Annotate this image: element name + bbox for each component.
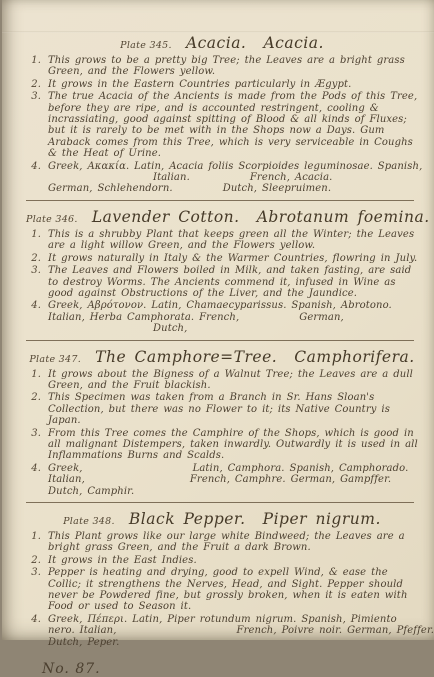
item-number: 3. <box>26 91 41 159</box>
language-line: Italian, Herba Camphorata. French,German… <box>48 312 418 323</box>
plate-label: Plate 345. <box>120 40 172 51</box>
item-number: 2. <box>26 253 41 264</box>
item-text: This grows to be a pretty big Tree; the … <box>48 55 418 78</box>
item-text: The Leaves and Flowers boiled in Milk, a… <box>48 265 418 299</box>
section-divider <box>26 200 414 201</box>
numbered-item: 1. This grows to be a pretty big Tree; t… <box>26 55 418 78</box>
language-line: Greek,Latin, Camphora. Spanish, Camphora… <box>48 463 418 474</box>
numbered-item: 1. This is a shrubby Plant that keeps gr… <box>26 229 418 252</box>
item-number: 3. <box>26 265 41 299</box>
numbered-item: 1. This Plant grows like our large white… <box>26 531 418 554</box>
section-title-latin: Abrotanum foemina. <box>257 208 430 226</box>
language-line: nero. Italian,French, Poivre noir. Germa… <box>48 625 434 636</box>
language-line: Dutch, <box>48 323 418 334</box>
section-title-latin: Piper nigrum. <box>263 510 381 528</box>
section-black-pepper: Plate 348. Black Pepper. Piper nigrum. 1… <box>26 509 418 640</box>
section-title-latin: Acacia. <box>263 34 323 52</box>
numbered-item: 2. It grows in the East Indies. <box>26 555 418 566</box>
numbered-item: 2. It grows naturally in Italy & the War… <box>26 253 418 264</box>
section-acacia: Plate 345. Acacia. Acacia. 1. This grows… <box>26 33 418 195</box>
item-text: Pepper is heating and drying, good to ex… <box>48 567 418 613</box>
item-number: 4. <box>26 300 41 334</box>
item-text: It grows naturally in Italy & the Warmer… <box>48 253 418 264</box>
item-text: It grows in the East Indies. <box>48 555 418 566</box>
section-heading: Plate 346. Lavender Cotton. Abrotanum fo… <box>26 207 418 226</box>
item-text: This Specimen was taken from a Branch in… <box>48 392 418 426</box>
numbered-item: 2. It grows in the Eastern Countries par… <box>26 79 418 90</box>
language-line: Italian,French, Camphre. German, Gampffe… <box>48 474 418 485</box>
section-divider <box>26 340 414 341</box>
numbered-item: 3. From this Tree comes the Camphire of … <box>26 428 418 462</box>
herbal-page: Plate 345. Acacia. Acacia. 1. This grows… <box>2 0 434 640</box>
language-names: 4. Greek, Αβρότονον. Latin, Chamaecypari… <box>26 300 418 334</box>
item-number: 1. <box>26 229 41 252</box>
section-title-english: Lavender Cotton. <box>92 208 240 226</box>
language-line: Greek, Αβρότονον. Latin, Chamaecyparissu… <box>48 300 418 311</box>
numbered-item: 3. Pepper is heating and drying, good to… <box>26 567 418 613</box>
language-names: 4. Greek,Latin, Camphora. Spanish, Camph… <box>26 463 418 497</box>
item-number: 1. <box>26 369 41 392</box>
item-number: 4. <box>26 614 41 640</box>
language-line: Italian.French, Acacia. <box>48 172 422 183</box>
section-heading: Plate 347. The Camphore=Tree. Camphorife… <box>26 347 418 366</box>
language-line: Greek, Ακακία. Latin, Acacia foliis Scor… <box>48 161 422 172</box>
section-title-english: The Camphore=Tree. <box>95 348 277 366</box>
section-heading: Plate 345. Acacia. Acacia. <box>26 33 418 52</box>
plate-label: Plate 347. <box>29 354 81 365</box>
section-lavender-cotton: Plate 346. Lavender Cotton. Abrotanum fo… <box>26 207 418 335</box>
item-number: 4. <box>26 463 41 497</box>
section-camphore-tree: Plate 347. The Camphore=Tree. Camphorife… <box>26 347 418 497</box>
numbered-item: 3. The Leaves and Flowers boiled in Milk… <box>26 265 418 299</box>
item-text: From this Tree comes the Camphire of the… <box>48 428 418 462</box>
language-line: Dutch, Camphir. <box>48 486 418 497</box>
item-text: This Plant grows like our large white Bi… <box>48 531 418 554</box>
item-number: 3. <box>26 428 41 462</box>
plate-label: Plate 348. <box>63 516 115 527</box>
language-line: German, Schlehendorn.Dutch, Sleepruimen. <box>48 183 422 194</box>
item-number: 3. <box>26 567 41 613</box>
item-number: 1. <box>26 531 41 554</box>
item-number: 4. <box>26 161 41 195</box>
item-text: The true Acacia of the Ancients is made … <box>48 91 418 159</box>
section-title-latin: Camphorifera. <box>294 348 414 366</box>
item-number: 2. <box>26 555 41 566</box>
item-text: This is a shrubby Plant that keeps green… <box>48 229 418 252</box>
section-title-english: Black Pepper. <box>129 510 246 528</box>
language-line: Dutch, Peper. <box>48 637 434 640</box>
item-number: 1. <box>26 55 41 78</box>
numbered-item: 2. This Specimen was taken from a Branch… <box>26 392 418 426</box>
numbered-item: 3. The true Acacia of the Ancients is ma… <box>26 91 418 159</box>
item-text: It grows about the Bigness of a Walnut T… <box>48 369 418 392</box>
numbered-item: 1. It grows about the Bigness of a Walnu… <box>26 369 418 392</box>
language-names: 4. Greek, Ακακία. Latin, Acacia foliis S… <box>26 161 418 195</box>
item-number: 2. <box>26 392 41 426</box>
plate-label: Plate 346. <box>26 214 78 225</box>
paper-crease <box>2 31 434 33</box>
section-title-english: Acacia. <box>186 34 246 52</box>
section-divider <box>26 502 414 503</box>
language-line: Greek, Πέπερι. Latin, Piper rotundum nig… <box>48 614 434 625</box>
section-heading: Plate 348. Black Pepper. Piper nigrum. <box>26 509 418 528</box>
item-text: It grows in the Eastern Countries partic… <box>48 79 418 90</box>
language-names: 4. Greek, Πέπερι. Latin, Piper rotundum … <box>26 614 418 640</box>
item-number: 2. <box>26 79 41 90</box>
